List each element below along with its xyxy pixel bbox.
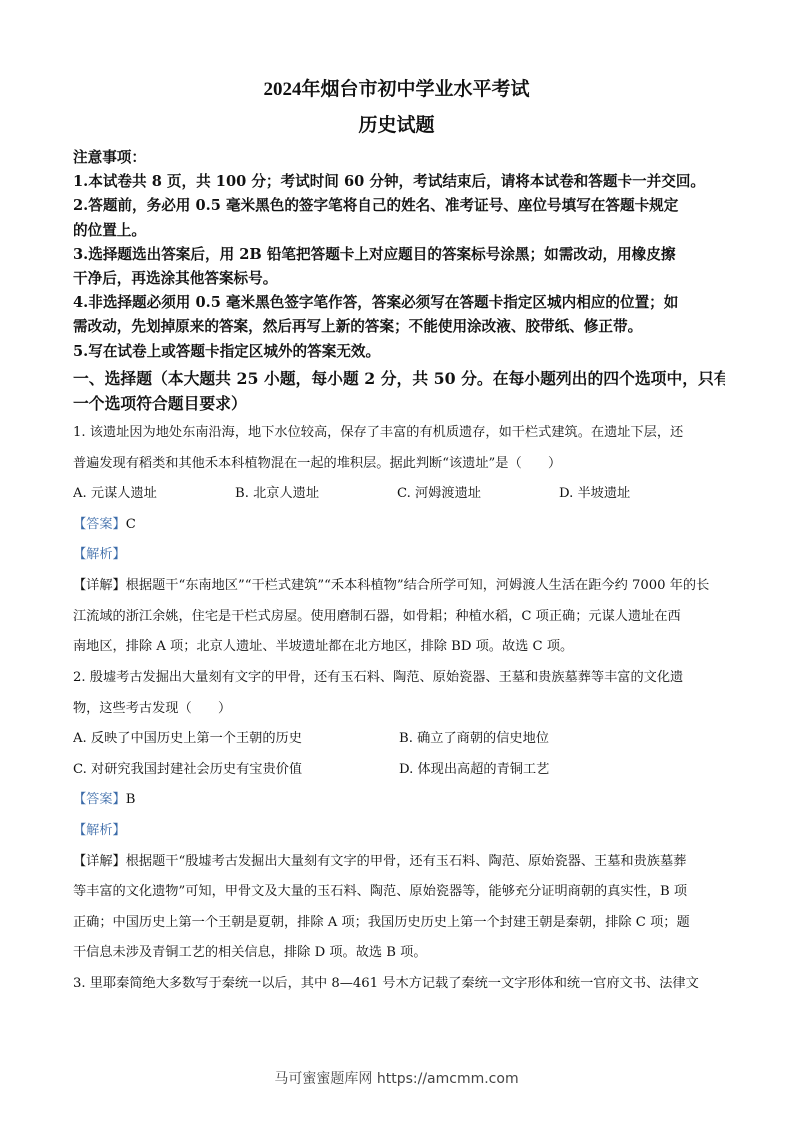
option-d: D. 体现出高超的青铜工艺 — [399, 755, 725, 786]
analysis-label: 【解析】 — [73, 816, 725, 847]
notice-line: 1.本试卷共 8 页，共 100 分；考试时间 60 分钟，考试结束后，请将本试… — [73, 170, 725, 194]
notice-line: 2.答题前，务必用 0.5 毫米黑色的签字笔将自己的姓名、准考证号、座位号填写在… — [73, 194, 725, 218]
exam-title: 2024年烟台市初中学业水平考试 — [0, 74, 793, 101]
answer-value: B — [126, 792, 136, 807]
option-c: C. 对研究我国封建社会历史有宝贵价值 — [73, 755, 399, 786]
notice-block: 注意事项： 1.本试卷共 8 页，共 100 分；考试时间 60 分钟，考试结束… — [73, 146, 725, 364]
question-3-stem: 3. 里耶秦简绝大多数写于秦统一以后，其中 8—461 号木方记载了秦统一文字形… — [73, 969, 725, 1000]
notice-line: 需改动，先划掉原来的答案，然后再写上新的答案；不能使用涂改液、胶带纸、修正带。 — [73, 315, 725, 339]
options-row: A. 元谋人遗址 B. 北京人遗址 C. 河姆渡遗址 D. 半坡遗址 — [73, 479, 725, 510]
question-stem: 2. 殷墟考古发掘出大量刻有文字的甲骨，还有玉石料、陶范、原始瓷器、王墓和贵族墓… — [73, 663, 725, 694]
detail-line: 【详解】根据题干“东南地区”“干栏式建筑”“禾本科植物”结合所学可知，河姆渡人生… — [73, 571, 725, 602]
notice-line: 3.选择题选出答案后，用 2B 铅笔把答题卡上对应题目的答案标号涂黑；如需改动，… — [73, 243, 725, 267]
exam-subtitle: 历史试题 — [0, 110, 793, 137]
notice-line: 4.非选择题必须用 0.5 毫米黑色签字笔作答，答案必须写在答题卡指定区城内相应… — [73, 291, 725, 315]
answer-value: C — [126, 517, 136, 532]
notice-line: 的位置上。 — [73, 219, 725, 243]
options-row: A. 反映了中国历史上第一个王朝的历史 B. 确立了商朝的信史地位 — [73, 724, 725, 755]
section-heading-line: 一、选择题（本大题共 25 小题，每小题 2 分，共 50 分。在每小题列出的四… — [73, 366, 725, 391]
detail-line: 等丰富的文化遗物”可知，甲骨文及大量的玉石料、陶范、原始瓷器等，能够充分证明商朝… — [73, 877, 725, 908]
option-d: D. 半坡遗址 — [559, 479, 721, 510]
detail-line: 正确；中国历史上第一个王朝是夏朝，排除 A 项；我国历史历史上第一个封建王朝是秦… — [73, 908, 725, 939]
options-row: C. 对研究我国封建社会历史有宝贵价值 D. 体现出高超的青铜工艺 — [73, 755, 725, 786]
detail-line: 【详解】根据题干“殷墟考古发掘出大量刻有文字的甲骨，还有玉石料、陶范、原始瓷器、… — [73, 847, 725, 878]
watermark-footer: 马可蜜蜜题库网 https://amcmm.com — [0, 1068, 793, 1088]
answer-line: 【答案】B — [73, 785, 725, 816]
question-stem: 1. 该遗址因为地处东南沿海，地下水位较高，保存了丰富的有机质遗存，如干栏式建筑… — [73, 418, 725, 449]
option-b: B. 确立了商朝的信史地位 — [399, 724, 725, 755]
detail-line: 江流域的浙江余姚，住宅是干栏式房屋。使用磨制石器，如骨耜；种植水稻，C 项正确；… — [73, 602, 725, 633]
answer-line: 【答案】C — [73, 510, 725, 541]
notice-line: 干净后，再选涂其他答案标号。 — [73, 267, 725, 291]
analysis-label: 【解析】 — [73, 540, 725, 571]
detail-line: 干信息未涉及青铜工艺的相关信息，排除 D 项。故选 B 项。 — [73, 938, 725, 969]
detail-line: 南地区，排除 A 项；北京人遗址、半坡遗址都在北方地区，排除 BD 项。故选 C… — [73, 632, 725, 663]
answer-label: 【答案】 — [73, 517, 126, 532]
answer-label: 【答案】 — [73, 792, 126, 807]
question-2: 2. 殷墟考古发掘出大量刻有文字的甲骨，还有玉石料、陶范、原始瓷器、王墓和贵族墓… — [73, 663, 725, 1000]
question-stem: 物，这些考古发现（ ） — [73, 694, 725, 725]
notice-heading: 注意事项： — [73, 146, 725, 170]
section-heading: 一、选择题（本大题共 25 小题，每小题 2 分，共 50 分。在每小题列出的四… — [73, 366, 725, 416]
section-heading-line: 一个选项符合题目要求） — [73, 391, 725, 416]
option-b: B. 北京人遗址 — [235, 479, 397, 510]
exam-page: 2024年烟台市初中学业水平考试 历史试题 注意事项： 1.本试卷共 8 页，共… — [0, 0, 793, 1122]
notice-line: 5.写在试卷上或答题卡指定区城外的答案无效。 — [73, 340, 725, 364]
question-1: 1. 该遗址因为地处东南沿海，地下水位较高，保存了丰富的有机质遗存，如干栏式建筑… — [73, 418, 725, 663]
option-c: C. 河姆渡遗址 — [397, 479, 559, 510]
option-a: A. 反映了中国历史上第一个王朝的历史 — [73, 724, 399, 755]
question-stem: 普遍发现有稻类和其他禾本科植物混在一起的堆积层。据此判断“该遗址”是（ ） — [73, 449, 725, 480]
option-a: A. 元谋人遗址 — [73, 479, 235, 510]
